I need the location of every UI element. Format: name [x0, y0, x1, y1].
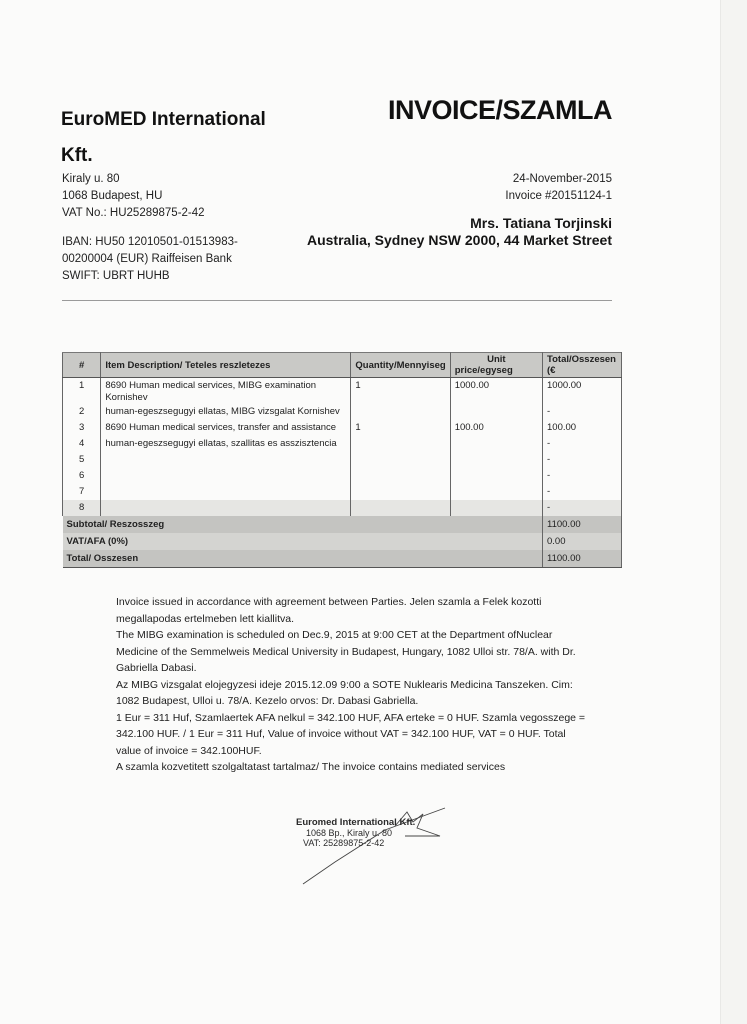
cell-description — [101, 452, 351, 468]
cell-unit-price: 1000.00 — [450, 378, 542, 405]
seller-vat: VAT No.: HU25289875-2-42 — [62, 205, 238, 222]
cell-quantity: 1 — [351, 378, 450, 405]
seller-address-line1: Kiraly u. 80 — [62, 171, 238, 188]
cell-description: human-egeszsegugyi ellatas, szallitas es… — [101, 436, 351, 452]
buyer-details: Mrs. Tatiana Torjinski Australia, Sydney… — [307, 215, 612, 249]
cell-unit-price — [450, 484, 542, 500]
cell-total: - — [543, 468, 622, 484]
company-stamp: Euromed International Kft. 1068 Bp., Kir… — [296, 818, 415, 848]
subtotal-label: Subtotal/ Reszosszeg — [63, 516, 543, 533]
seller-details: Kiraly u. 80 1068 Budapest, HU VAT No.: … — [62, 171, 238, 285]
cell-description: 8690 Human medical services, transfer an… — [101, 420, 351, 436]
cell-quantity — [351, 436, 450, 452]
invoice-number: Invoice #20151124-1 — [505, 188, 612, 205]
header-description: Item Description/ Teteles reszletezes — [101, 353, 351, 378]
cell-total: - — [543, 452, 622, 468]
buyer-name: Mrs. Tatiana Torjinski — [307, 215, 612, 232]
cell-num: 2 — [63, 404, 101, 420]
cell-unit-price: 100.00 — [450, 420, 542, 436]
vat-row: VAT/AFA (0%) 0.00 — [63, 533, 622, 550]
note-mediated-services: A szamla kozvetitett szolgaltatast tarta… — [116, 759, 586, 776]
cell-description — [101, 500, 351, 516]
cell-quantity: 1 — [351, 420, 450, 436]
seller-address-line2: 1068 Budapest, HU — [62, 188, 238, 205]
cell-unit-price — [450, 468, 542, 484]
table-row: 4human-egeszsegugyi ellatas, szallitas e… — [63, 436, 622, 452]
header-divider — [62, 300, 612, 301]
header-total: Total/Osszesen (€ — [543, 353, 622, 378]
table-row: 38690 Human medical services, transfer a… — [63, 420, 622, 436]
cell-total: 1000.00 — [543, 378, 622, 405]
header-num: # — [63, 353, 101, 378]
cell-num: 8 — [63, 500, 101, 516]
buyer-address: Australia, Sydney NSW 2000, 44 Market St… — [307, 232, 612, 249]
company-name: EuroMED International Kft. — [61, 102, 301, 174]
note-exchange-rate: 1 Eur = 311 Huf, Szamlaertek AFA nelkul … — [116, 710, 586, 760]
note-exam-schedule-en: The MIBG examination is scheduled on Dec… — [116, 627, 586, 677]
table-row: 7- — [63, 484, 622, 500]
cell-description — [101, 484, 351, 500]
table-row: 2human-egeszsegugyi ellatas, MIBG vizsga… — [63, 404, 622, 420]
cell-total: - — [543, 404, 622, 420]
cell-description — [101, 468, 351, 484]
stamp-line2: 1068 Bp., Kiraly u. 80 — [296, 828, 415, 838]
cell-num: 4 — [63, 436, 101, 452]
header-unit-price: Unit price/egyseg — [450, 353, 542, 378]
cell-num: 3 — [63, 420, 101, 436]
header-quantity: Quantity/Mennyiseg — [351, 353, 450, 378]
subtotal-row: Subtotal/ Reszosszeg 1100.00 — [63, 516, 622, 533]
seller-swift: SWIFT: UBRT HUHB — [62, 268, 238, 285]
cell-num: 6 — [63, 468, 101, 484]
cell-num: 5 — [63, 452, 101, 468]
vat-value: 0.00 — [543, 533, 622, 550]
cell-description: 8690 Human medical services, MIBG examin… — [101, 378, 351, 405]
total-row: Total/ Osszesen 1100.00 — [63, 550, 622, 568]
cell-unit-price — [450, 500, 542, 516]
stamp-line1: Euromed International Kft. — [296, 818, 415, 828]
table-header-row: # Item Description/ Teteles reszletezes … — [63, 353, 622, 378]
items-table: # Item Description/ Teteles reszletezes … — [62, 352, 622, 568]
total-value: 1100.00 — [543, 550, 622, 568]
cell-quantity — [351, 468, 450, 484]
total-label: Total/ Osszesen — [63, 550, 543, 568]
cell-unit-price — [450, 452, 542, 468]
scan-page-edge — [720, 0, 747, 1024]
cell-unit-price — [450, 436, 542, 452]
subtotal-value: 1100.00 — [543, 516, 622, 533]
note-exam-schedule-hu: Az MIBG vizsgalat elojegyzesi ideje 2015… — [116, 677, 586, 710]
table-row: 1 8690 Human medical services, MIBG exam… — [63, 378, 622, 405]
cell-unit-price — [450, 404, 542, 420]
cell-num: 1 — [63, 378, 101, 405]
table-row: 5- — [63, 452, 622, 468]
cell-description: human-egeszsegugyi ellatas, MIBG vizsgal… — [101, 404, 351, 420]
cell-quantity — [351, 500, 450, 516]
table-row: 6- — [63, 468, 622, 484]
cell-total: - — [543, 484, 622, 500]
cell-total: - — [543, 436, 622, 452]
vat-label: VAT/AFA (0%) — [63, 533, 543, 550]
seller-iban-line1: IBAN: HU50 12010501-01513983- — [62, 234, 238, 251]
document-title: INVOICE/SZAMLA — [380, 95, 612, 126]
cell-quantity — [351, 484, 450, 500]
invoice-date: 24-November-2015 — [505, 171, 612, 188]
invoice-meta: 24-November-2015 Invoice #20151124-1 — [505, 171, 612, 205]
invoice-notes: Invoice issued in accordance with agreem… — [116, 594, 586, 776]
stamp-line3: VAT: 25289875-2-42 — [296, 838, 415, 848]
cell-num: 7 — [63, 484, 101, 500]
cell-quantity — [351, 404, 450, 420]
note-agreement: Invoice issued in accordance with agreem… — [116, 594, 586, 627]
table-row: 8- — [63, 500, 622, 516]
cell-total: 100.00 — [543, 420, 622, 436]
seller-iban-line2: 00200004 (EUR) Raiffeisen Bank — [62, 251, 238, 268]
cell-quantity — [351, 452, 450, 468]
cell-total: - — [543, 500, 622, 516]
